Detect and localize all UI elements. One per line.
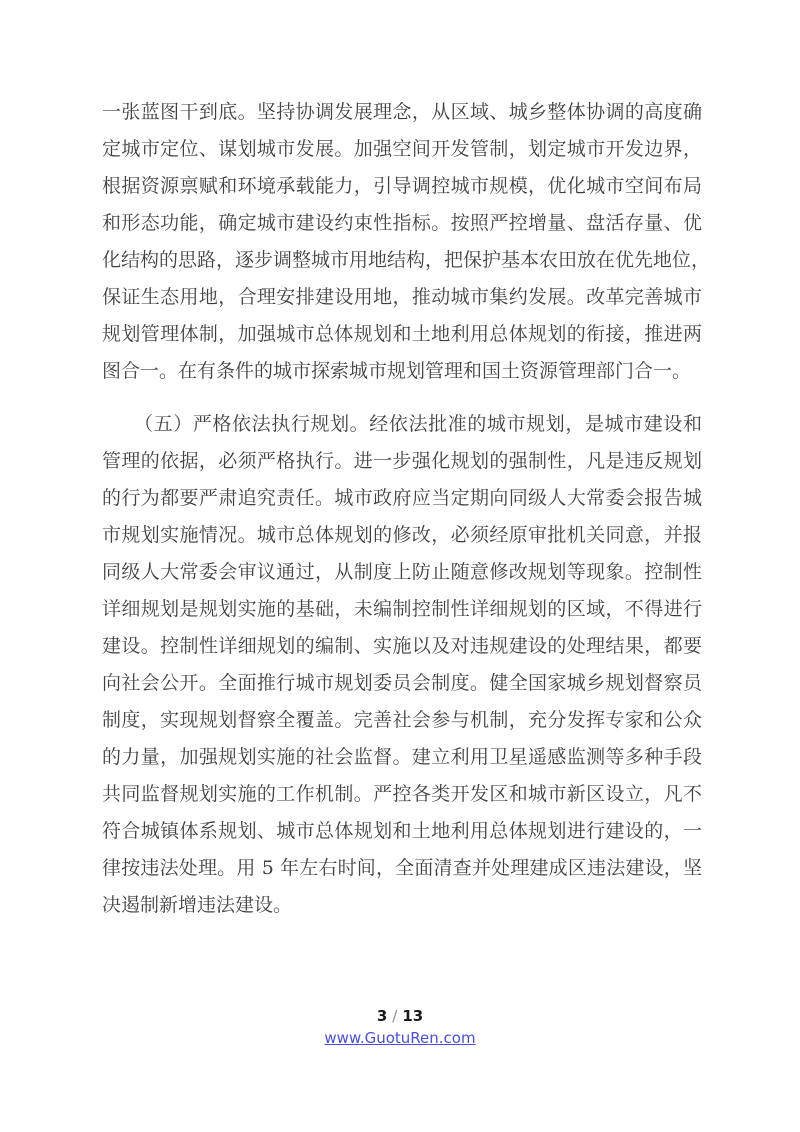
text-line: 保证生态用地，合理安排建设用地，推动城市集约发展。改革完善城市 bbox=[102, 279, 702, 316]
text-line: 共同监督规划实施的工作机制。严控各类开发区和城市新区设立，凡不 bbox=[102, 776, 702, 813]
current-page-number: 3 bbox=[377, 1007, 387, 1025]
text-line: 的行为都要严肃追究责任。城市政府应当定期向同级人大常委会报告城 bbox=[102, 480, 702, 517]
text-line: 制度，实现规划督察全覆盖。完善社会参与机制，充分发挥专家和公众 bbox=[102, 702, 702, 739]
text-line: 市规划实施情况。城市总体规划的修改，必须经原审批机关同意，并报 bbox=[102, 517, 702, 554]
text-line: 和形态功能，确定城市建设约束性指标。按照严控增量、盘活存量、优 bbox=[102, 205, 702, 242]
text-line: 同级人大常委会审议通过，从制度上防止随意修改规划等现象。控制性 bbox=[102, 554, 702, 591]
text-line: 化结构的思路，逐步调整城市用地结构，把保护基本农田放在优先地位， bbox=[102, 242, 702, 279]
text-line: 的力量，加强规划实施的社会监督。建立利用卫星遥感监测等多种手段 bbox=[102, 739, 702, 776]
website-link[interactable]: www.GuotuRen.com bbox=[324, 1029, 475, 1047]
text-line: 定城市定位、谋划城市发展。加强空间开发管制，划定城市开发边界， bbox=[102, 131, 702, 168]
text-line: 建设。控制性详细规划的编制、实施以及对违规建设的处理结果，都要 bbox=[102, 628, 702, 665]
text-line: （五）严格依法执行规划。经依法批准的城市规划，是城市建设和 bbox=[102, 406, 702, 443]
page-number: 3/13 bbox=[0, 1006, 800, 1026]
total-page-count: 13 bbox=[402, 1007, 423, 1025]
text-line: 规划管理体制，加强城市总体规划和土地利用总体规划的衔接，推进两 bbox=[102, 316, 702, 353]
paragraph-2: （五）严格依法执行规划。经依法批准的城市规划，是城市建设和管理的依据，必须严格执… bbox=[102, 406, 702, 924]
page-number-separator: / bbox=[392, 1007, 397, 1025]
text-line: 向社会公开。全面推行城市规划委员会制度。健全国家城乡规划督察员 bbox=[102, 665, 702, 702]
text-line: 符合城镇体系规划、城市总体规划和土地利用总体规划进行建设的，一 bbox=[102, 813, 702, 850]
paragraph-1: 一张蓝图干到底。坚持协调发展理念，从区域、城乡整体协调的高度确定城市定位、谋划城… bbox=[102, 94, 702, 390]
document-content: 一张蓝图干到底。坚持协调发展理念，从区域、城乡整体协调的高度确定城市定位、谋划城… bbox=[102, 94, 702, 924]
text-line: 详细规划是规划实施的基础，未编制控制性详细规划的区域，不得进行 bbox=[102, 591, 702, 628]
text-line: 一张蓝图干到底。坚持协调发展理念，从区域、城乡整体协调的高度确 bbox=[102, 94, 702, 131]
text-line: 律按违法处理。用 5 年左右时间，全面清查并处理建成区违法建设，坚 bbox=[102, 850, 702, 887]
text-line: 决遏制新增违法建设。 bbox=[102, 887, 702, 924]
page-footer: 3/13 www.GuotuRen.com bbox=[0, 1006, 800, 1047]
text-line: 根据资源禀赋和环境承载能力，引导调控城市规模，优化城市空间布局 bbox=[102, 168, 702, 205]
text-line: 管理的依据，必须严格执行。进一步强化规划的强制性，凡是违反规划 bbox=[102, 443, 702, 480]
text-line: 图合一。在有条件的城市探索城市规划管理和国土资源管理部门合一。 bbox=[102, 353, 702, 390]
